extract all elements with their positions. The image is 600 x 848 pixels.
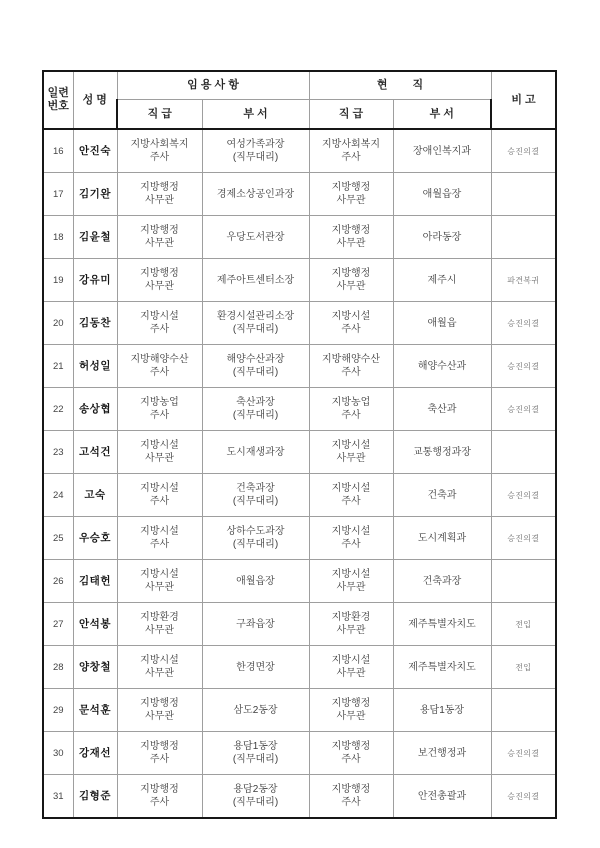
col-header-current-rank: 직 급 [309,99,393,129]
table-row: 30 강재선 지방행정 주사 용담1동장 (직무대리) 지방행정 주사 보건행정… [43,732,556,775]
table-row: 29 문석훈 지방행정 사무관 삼도2동장 지방행정 사무관 용담1동장 [43,689,556,732]
remark-cell: 승진의결 [491,302,556,345]
current-rank-cell: 지방시설 주사 [309,517,393,560]
remark-cell [491,173,556,216]
appointment-rank-cell: 지방행정 주사 [117,775,202,819]
serial-number-cell: 17 [43,173,73,216]
remark-cell: 승진의결 [491,732,556,775]
appointment-rank-cell: 지방시설 주사 [117,302,202,345]
table-row: 20 김동찬 지방시설 주사 환경시설관리소장 (직무대리) 지방시설 주사 애… [43,302,556,345]
appointment-rank-cell: 지방시설 주사 [117,474,202,517]
col-header-remarks: 비 고 [491,71,556,129]
appointment-rank-cell: 지방시설 사무관 [117,646,202,689]
table-row: 28 양창철 지방시설 사무관 한경면장 지방시설 사무관 제주특별자치도 전입 [43,646,556,689]
current-rank-cell: 지방행정 사무관 [309,173,393,216]
document-page: 일련 번호 성 명 임 용 사 항 현 직 비 고 직 급 부 서 직 급 부 … [0,0,600,848]
current-dept-cell: 애월읍장 [393,173,491,216]
col-header-appointment-dept: 부 서 [202,99,309,129]
serial-number-cell: 31 [43,775,73,819]
appointment-rank-cell: 지방농업 주사 [117,388,202,431]
serial-number-cell: 18 [43,216,73,259]
current-rank-cell: 지방시설 사무관 [309,431,393,474]
table-row: 25 우승호 지방시설 주사 상하수도과장 (직무대리) 지방시설 주사 도시계… [43,517,556,560]
person-name-cell: 안석봉 [73,603,117,646]
serial-number-cell: 28 [43,646,73,689]
current-dept-cell: 축산과 [393,388,491,431]
person-name-cell: 안진숙 [73,129,117,173]
table-row: 19 강유미 지방행정 사무관 제주아트센터소장 지방행정 사무관 제주시 파견… [43,259,556,302]
current-rank-cell: 지방해양수산 주사 [309,345,393,388]
remark-cell: 파견복귀 [491,259,556,302]
appointment-rank-cell: 지방행정 주사 [117,732,202,775]
appointment-rank-cell: 지방환경 사무관 [117,603,202,646]
appointment-rank-cell: 지방시설 주사 [117,517,202,560]
col-header-current-dept: 부 서 [393,99,491,129]
appointment-rank-cell: 지방행정 사무관 [117,173,202,216]
current-rank-cell: 지방시설 사무관 [309,560,393,603]
person-name-cell: 고숙 [73,474,117,517]
current-dept-cell: 제주특별자치도 [393,603,491,646]
person-name-cell: 강유미 [73,259,117,302]
person-name-cell: 강재선 [73,732,117,775]
remark-cell: 전입 [491,646,556,689]
remark-cell: 승진의결 [491,474,556,517]
appointment-rank-cell: 지방행정 사무관 [117,689,202,732]
person-name-cell: 송상협 [73,388,117,431]
table-row: 27 안석봉 지방환경 사무관 구좌읍장 지방환경 사무관 제주특별자치도 전입 [43,603,556,646]
serial-number-cell: 23 [43,431,73,474]
remark-cell: 승진의결 [491,129,556,173]
remark-cell [491,689,556,732]
serial-number-cell: 26 [43,560,73,603]
remark-cell [491,431,556,474]
current-dept-cell: 아라동장 [393,216,491,259]
current-dept-cell: 해양수산과 [393,345,491,388]
person-name-cell: 김윤철 [73,216,117,259]
table-row: 31 김형준 지방행정 주사 용담2동장 (직무대리) 지방행정 주사 안전총괄… [43,775,556,819]
current-dept-cell: 건축과 [393,474,491,517]
current-rank-cell: 지방행정 사무관 [309,259,393,302]
serial-number-cell: 30 [43,732,73,775]
current-dept-cell: 제주시 [393,259,491,302]
person-name-cell: 고석건 [73,431,117,474]
appointment-dept-cell: 상하수도과장 (직무대리) [202,517,309,560]
appointment-dept-cell: 구좌읍장 [202,603,309,646]
current-rank-cell: 지방행정 주사 [309,775,393,819]
appointment-dept-cell: 여성가족과장 (직무대리) [202,129,309,173]
serial-number-cell: 24 [43,474,73,517]
person-name-cell: 허성일 [73,345,117,388]
current-rank-cell: 지방사회복지 주사 [309,129,393,173]
table-row: 17 김기완 지방행정 사무관 경제소상공인과장 지방행정 사무관 애월읍장 [43,173,556,216]
col-header-name: 성 명 [73,71,117,129]
current-rank-cell: 지방시설 주사 [309,474,393,517]
table-row: 21 허성일 지방해양수산 주사 해양수산과장 (직무대리) 지방해양수산 주사… [43,345,556,388]
col-header-appointment-group: 임 용 사 항 [117,71,309,99]
col-header-serial-number: 일련 번호 [43,71,73,129]
person-name-cell: 김동찬 [73,302,117,345]
appointments-table: 일련 번호 성 명 임 용 사 항 현 직 비 고 직 급 부 서 직 급 부 … [42,70,557,819]
person-name-cell: 김태헌 [73,560,117,603]
table-row: 23 고석건 지방시설 사무관 도시재생과장 지방시설 사무관 교통행정과장 [43,431,556,474]
current-dept-cell: 장애인복지과 [393,129,491,173]
current-rank-cell: 지방시설 사무관 [309,646,393,689]
current-rank-cell: 지방행정 사무관 [309,216,393,259]
current-rank-cell: 지방행정 주사 [309,732,393,775]
col-header-appointment-rank: 직 급 [117,99,202,129]
person-name-cell: 문석훈 [73,689,117,732]
serial-number-cell: 16 [43,129,73,173]
remark-cell: 승진의결 [491,345,556,388]
remark-cell [491,216,556,259]
current-dept-cell: 용담1동장 [393,689,491,732]
remark-cell: 승진의결 [491,388,556,431]
remark-cell [491,560,556,603]
table-row: 26 김태헌 지방시설 사무관 애월읍장 지방시설 사무관 건축과장 [43,560,556,603]
appointment-dept-cell: 용담2동장 (직무대리) [202,775,309,819]
appointment-rank-cell: 지방시설 사무관 [117,431,202,474]
appointment-dept-cell: 제주아트센터소장 [202,259,309,302]
person-name-cell: 김형준 [73,775,117,819]
appointment-dept-cell: 한경면장 [202,646,309,689]
person-name-cell: 양창철 [73,646,117,689]
appointment-rank-cell: 지방시설 사무관 [117,560,202,603]
current-rank-cell: 지방환경 사무관 [309,603,393,646]
table-row: 16 안진숙 지방사회복지 주사 여성가족과장 (직무대리) 지방사회복지 주사… [43,129,556,173]
appointment-dept-cell: 애월읍장 [202,560,309,603]
current-dept-cell: 도시계획과 [393,517,491,560]
serial-number-cell: 19 [43,259,73,302]
current-dept-cell: 제주특별자치도 [393,646,491,689]
appointment-dept-cell: 용담1동장 (직무대리) [202,732,309,775]
appointment-dept-cell: 축산과장 (직무대리) [202,388,309,431]
current-rank-cell: 지방농업 주사 [309,388,393,431]
table-body: 16 안진숙 지방사회복지 주사 여성가족과장 (직무대리) 지방사회복지 주사… [43,129,556,818]
table-header: 일련 번호 성 명 임 용 사 항 현 직 비 고 직 급 부 서 직 급 부 … [43,71,556,129]
serial-number-cell: 21 [43,345,73,388]
current-dept-cell: 안전총괄과 [393,775,491,819]
serial-number-cell: 27 [43,603,73,646]
appointment-rank-cell: 지방해양수산 주사 [117,345,202,388]
appointment-dept-cell: 삼도2동장 [202,689,309,732]
appointment-rank-cell: 지방행정 사무관 [117,216,202,259]
appointment-dept-cell: 건축과장 (직무대리) [202,474,309,517]
current-dept-cell: 애월읍 [393,302,491,345]
appointment-rank-cell: 지방사회복지 주사 [117,129,202,173]
appointment-rank-cell: 지방행정 사무관 [117,259,202,302]
current-dept-cell: 건축과장 [393,560,491,603]
person-name-cell: 김기완 [73,173,117,216]
appointment-dept-cell: 해양수산과장 (직무대리) [202,345,309,388]
serial-number-cell: 29 [43,689,73,732]
table-row: 22 송상협 지방농업 주사 축산과장 (직무대리) 지방농업 주사 축산과 승… [43,388,556,431]
current-dept-cell: 교통행정과장 [393,431,491,474]
current-rank-cell: 지방시설 주사 [309,302,393,345]
serial-number-cell: 22 [43,388,73,431]
table-row: 24 고숙 지방시설 주사 건축과장 (직무대리) 지방시설 주사 건축과 승진… [43,474,556,517]
col-header-current-group: 현 직 [309,71,491,99]
appointment-dept-cell: 환경시설관리소장 (직무대리) [202,302,309,345]
person-name-cell: 우승호 [73,517,117,560]
remark-cell: 승진의결 [491,775,556,819]
appointment-dept-cell: 경제소상공인과장 [202,173,309,216]
remark-cell: 전입 [491,603,556,646]
table-row: 18 김윤철 지방행정 사무관 우당도서관장 지방행정 사무관 아라동장 [43,216,556,259]
remark-cell: 승진의결 [491,517,556,560]
current-rank-cell: 지방행정 사무관 [309,689,393,732]
serial-number-cell: 20 [43,302,73,345]
current-dept-cell: 보건행정과 [393,732,491,775]
serial-number-cell: 25 [43,517,73,560]
appointment-dept-cell: 우당도서관장 [202,216,309,259]
appointment-dept-cell: 도시재생과장 [202,431,309,474]
